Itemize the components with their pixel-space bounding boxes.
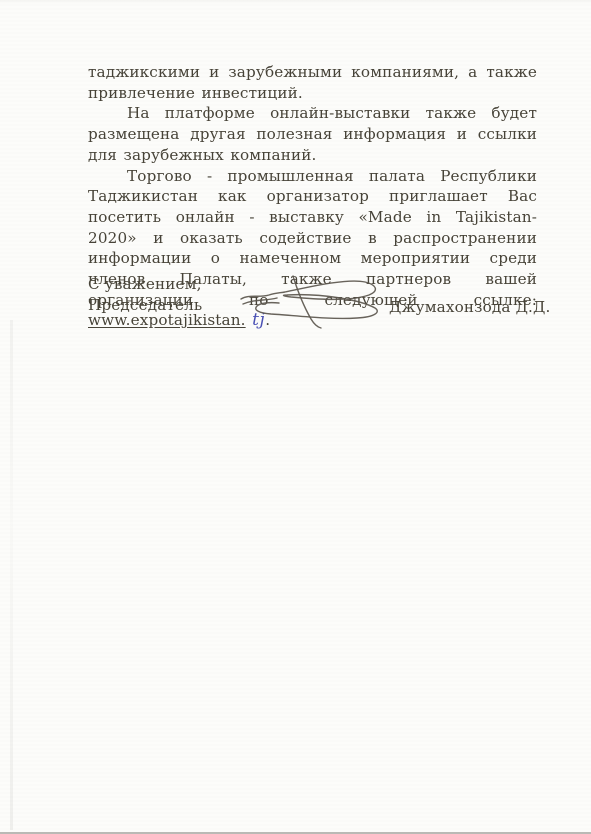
scan-artifact-streak [10, 320, 13, 830]
closing-salutation: С уважением, [88, 274, 202, 295]
signature-scribble [229, 269, 387, 337]
closing-title: Председатель [88, 295, 202, 316]
closing-block: С уважением, Председатель [88, 274, 202, 317]
paragraph-continuation: таджикскими и зарубежными компаниями, а … [88, 62, 537, 103]
signer-name: Джумахонзода Д.Д. [389, 298, 551, 316]
paragraph-platform-info: На платформе онлайн-выставки также будет… [88, 103, 537, 165]
scanned-letter-page: таджикскими и зарубежными компаниями, а … [0, 0, 591, 834]
